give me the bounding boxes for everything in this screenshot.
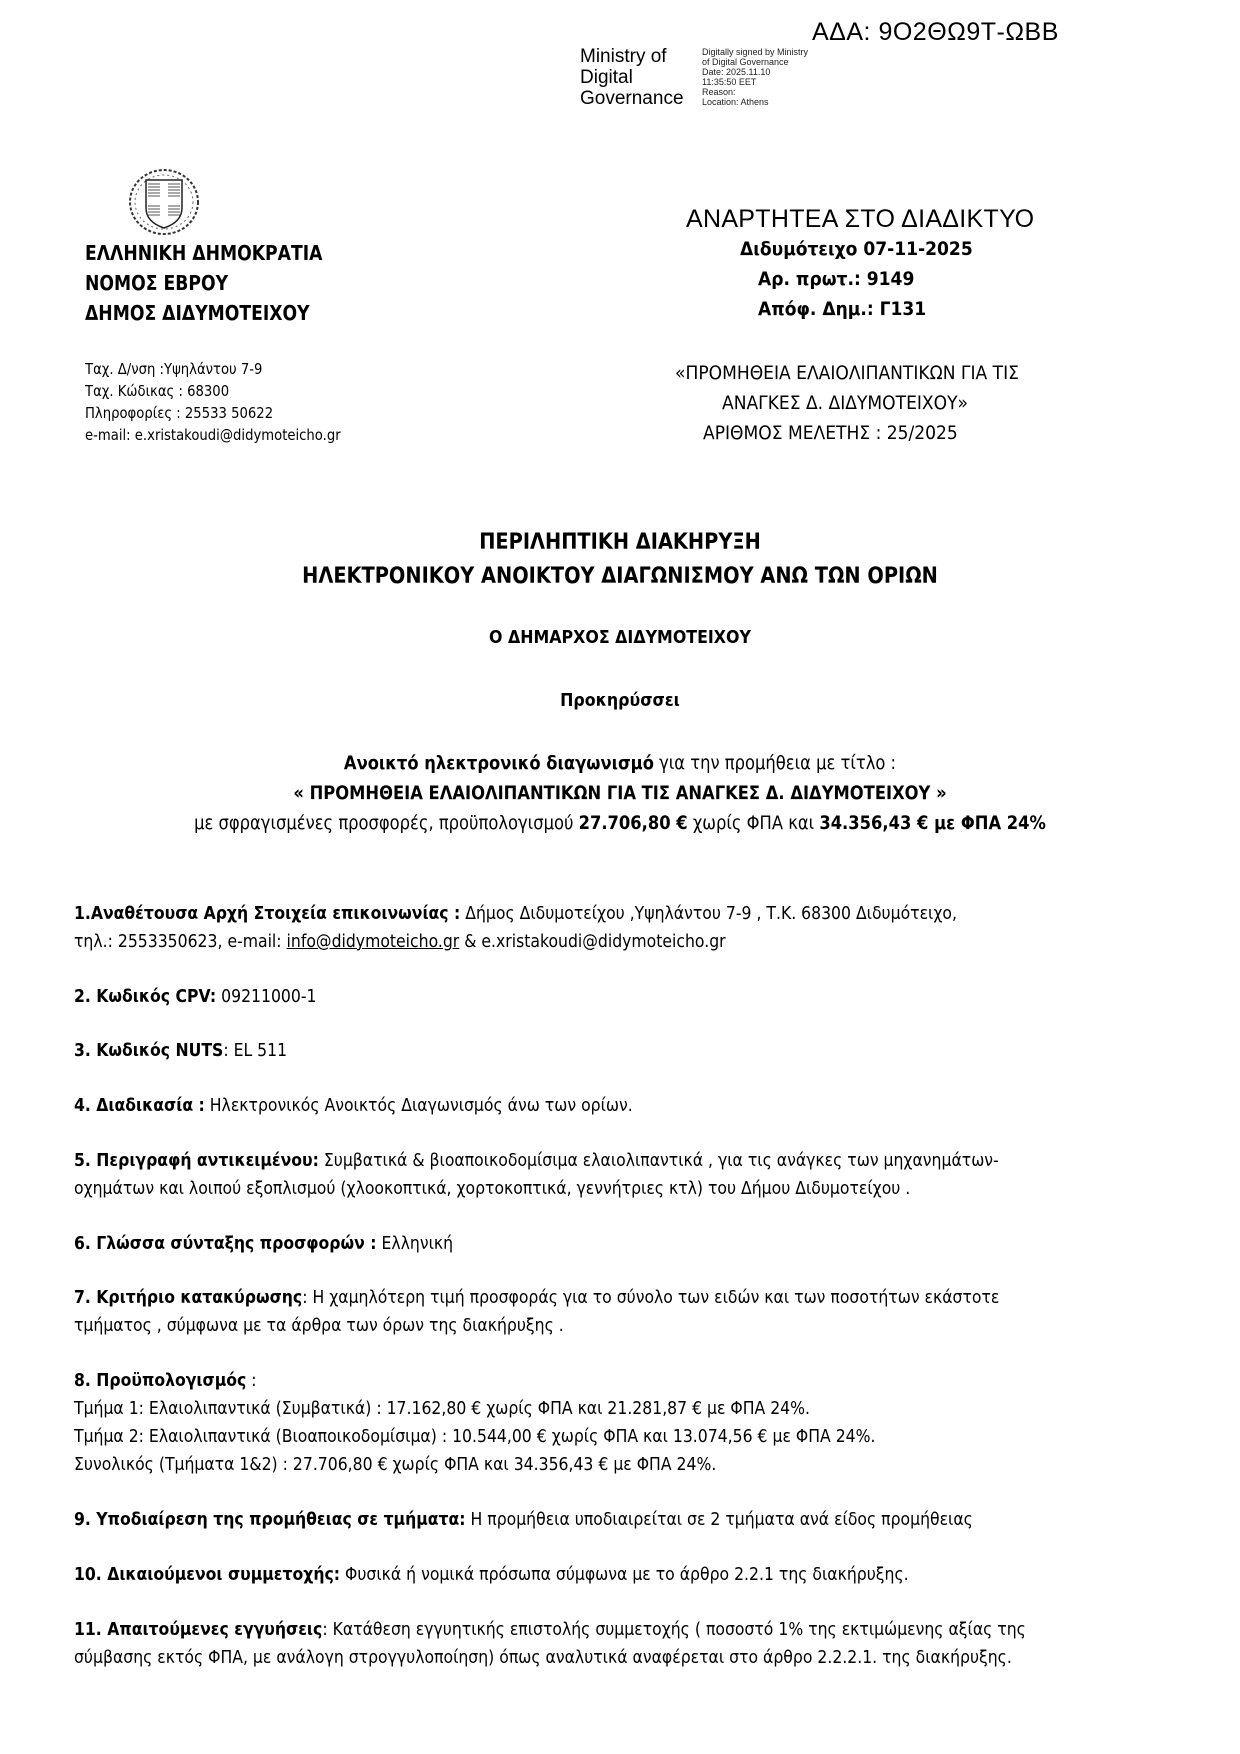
item-eligible: 10. Δικαιούμενοι συμμετοχής: Φυσικά ή νο… [74,1561,1179,1589]
item-label: 7. Κριτήριο κατακύρωσης [74,1287,302,1308]
signature-issuer: Ministry of Digital Governance [580,46,684,109]
signature-line: 11:35:50 EET [702,77,808,87]
study-title-line: «ΠΡΟΜΗΘΕΙΑ ΕΛΑΙΟΛΙΠΑΝΤΙΚΩΝ ΓΙΑ ΤΙΣ [675,358,1019,388]
budget-gross: 34.356,43 € με ΦΠΑ 24% [819,812,1046,834]
intro-text: για την προμήθεια με τίτλο : [654,752,896,774]
contact-postcode: Ταχ. Κώδικας : 68300 [85,380,341,402]
item-text: : EL 511 [223,1040,287,1061]
title-line: ΗΛΕΚΤΡΟΝΙΚΟΥ ΑΝΟΙΚΤΟΥ ΔΙΑΓΩΝΙΣΜΟΥ ΑΝΩ ΤΩ… [74,560,1165,594]
intro-bold: Ανοικτό ηλεκτρονικό διαγωνισμό [344,752,654,774]
item-text: Η προμήθεια υποδιαιρείται σε 2 τμήματα α… [466,1509,973,1530]
decision-number: Απόφ. Δημ.: Γ131 [758,298,926,320]
study-title-line: ΑΝΑΓΚΕΣ Δ. ΔΙΔΥΜΟΤΕΙΧΟΥ» [722,388,968,418]
item-text: & e.xristakoudi@didymoteicho.gr [459,931,725,952]
tender-title: « ΠΡΟΜΗΘΕΙΑ ΕΛΑΙΟΛΙΠΑΝΤΙΚΩΝ ΓΙΑ ΤΙΣ ΑΝΑΓ… [293,782,946,804]
document-title: ΠΕΡΙΛΗΠΤΙΚΗ ΔΙΑΚΗΡΥΞΗ ΗΛΕΚΤΡΟΝΙΚΟΥ ΑΝΟΙΚ… [74,526,1165,594]
signature-line: Date: 2025.11.10 [702,67,808,77]
item-budget: 8. Προϋπολογισμός : Τμήμα 1: Ελαιολιπαντ… [74,1367,1179,1479]
org-line: ΕΛΛΗΝΙΚΗ ΔΗΜΟΚΡΑΤΙΑ [85,238,322,268]
item-text: τηλ.: 2553350623, e-mail: [74,931,287,952]
budget-lot-1: Τμήμα 1: Ελαιολιπαντικά (Συμβατικά) : 17… [74,1395,1179,1423]
item-text: Δήμος Διδυμοτείχου ,Υψηλάντου 7-9 , Τ.Κ.… [460,903,957,924]
signature-line: of Digital Governance [702,57,808,67]
issuing-organization: ΕΛΛΗΝΙΚΗ ΔΗΜΟΚΡΑΤΙΑ ΝΟΜΟΣ ΕΒΡΟΥ ΔΗΜΟΣ ΔΙ… [85,238,322,328]
item-text: Συμβατικά & βιοαποικοδομίσιμα ελαιολιπαν… [319,1150,999,1171]
issuer-line: Governance [580,88,684,109]
item-label: 8. Προϋπολογισμός [74,1370,246,1391]
title-line: ΠΕΡΙΛΗΠΤΙΚΗ ΔΙΑΚΗΡΥΞΗ [74,526,1165,560]
digital-signature-details: Digitally signed by Ministry of Digital … [702,47,808,107]
budget-total: Συνολικός (Τμήματα 1&2) : 27.706,80 € χω… [74,1451,1179,1479]
item-label: 6. Γλώσσα σύνταξης προσφορών : [74,1233,376,1254]
posting-note: ΑΝΑΡΤΗΤΕΑ ΣΤΟ ΔΙΑΔΙΚΤΥΟ [686,205,1034,234]
contact-email: e-mail: e.xristakoudi@didymoteicho.gr [85,424,341,446]
item-text: : [246,1370,256,1391]
intro-text: με σφραγισμένες προσφορές, προϋπολογισμο… [194,812,579,834]
item-procedure: 4. Διαδικασία : Ηλεκτρονικός Ανοικτός Δι… [74,1092,1179,1120]
contact-block: Ταχ. Δ/νση :Υψηλάντου 7-9 Ταχ. Κώδικας :… [85,358,341,446]
budget-net: 27.706,80 € [579,812,688,834]
budget-lot-2: Τμήμα 2: Ελαιολιπαντικά (Βιοαποικοδομίσι… [74,1423,1179,1451]
contact-phone: Πληροφορίες : 25533 50622 [85,402,341,424]
org-line: ΔΗΜΟΣ ΔΙΔΥΜΟΤΕΙΧΟΥ [85,298,322,328]
intro-text: χωρίς ΦΠΑ και [688,812,820,834]
item-text: Ελληνική [376,1233,453,1254]
item-label: 9. Υποδιαίρεση της προμήθειας σε τμήματα… [74,1509,466,1530]
signature-line: Reason: [702,87,808,97]
item-lots: 9. Υποδιαίρεση της προμήθειας σε τμήματα… [74,1506,1179,1534]
item-text: 09211000-1 [216,986,316,1007]
document-date: Διδυμότειχο 07-11-2025 [740,238,973,260]
protocol-number: Αρ. πρωτ.: 9149 [758,268,914,290]
item-text: : Η χαμηλότερη τιμή προσφοράς για το σύν… [302,1287,999,1308]
item-label: 5. Περιγραφή αντικειμένου: [74,1150,319,1171]
item-text: Ηλεκτρονικός Ανοικτός Διαγωνισμός άνω τω… [205,1095,633,1116]
email-link[interactable]: info@didymoteicho.gr [287,931,460,952]
mayor-heading: Ο ΔΗΜΑΡΧΟΣ ΔΙΔΥΜΟΤΕΙΧΟΥ [74,627,1165,648]
intro-paragraph: Ανοικτό ηλεκτρονικό διαγωνισμό για την π… [87,748,1153,838]
item-text: οχημάτων και λοιπού εξοπλισμού (χλοοκοπτ… [74,1175,1179,1203]
study-number: ΑΡΙΘΜΟΣ ΜΕΛΕΤΗΣ : 25/2025 [703,418,958,448]
item-text: σύμβασης εκτός ΦΠΑ, με ανάλογη στρογγυλο… [74,1644,1179,1672]
signature-line: Digitally signed by Ministry [702,47,808,57]
item-contracting-authority: 1.Αναθέτουσα Αρχή Στοιχεία επικοινωνίας … [74,900,1179,956]
proclaims-heading: Προκηρύσσει [74,690,1165,711]
greek-coat-of-arms-icon [126,166,202,238]
item-label: 3. Κωδικός NUTS [74,1040,223,1061]
item-guarantees: 11. Απαιτούμενες εγγυήσεις: Κατάθεση εγγ… [74,1616,1179,1672]
item-text: τμήματος , σύμφωνα με τα άρθρα των όρων … [74,1312,1179,1340]
item-language: 6. Γλώσσα σύνταξης προσφορών : Ελληνική [74,1230,1179,1258]
item-label: 10. Δικαιούμενοι συμμετοχής: [74,1564,340,1585]
item-label: 1.Αναθέτουσα Αρχή Στοιχεία επικοινωνίας … [74,903,460,924]
issuer-line: Ministry of [580,46,684,67]
ada-code: ΑΔΑ: 9Ο2ΘΩ9Τ-ΩΒΒ [812,18,1059,47]
item-label: 4. Διαδικασία : [74,1095,205,1116]
item-nuts: 3. Κωδικός NUTS: EL 511 [74,1037,1179,1065]
contact-address: Ταχ. Δ/νση :Υψηλάντου 7-9 [85,358,341,380]
item-text: Φυσικά ή νομικά πρόσωπα σύμφωνα με το άρ… [340,1564,909,1585]
item-description: 5. Περιγραφή αντικειμένου: Συμβατικά & β… [74,1147,1179,1203]
item-cpv: 2. Κωδικός CPV: 09211000-1 [74,983,1179,1011]
signature-line: Location: Athens [702,97,808,107]
item-label: 11. Απαιτούμενες εγγυήσεις [74,1619,322,1640]
org-line: ΝΟΜΟΣ ΕΒΡΟΥ [85,268,322,298]
issuer-line: Digital [580,67,684,88]
item-award-criterion: 7. Κριτήριο κατακύρωσης: Η χαμηλότερη τι… [74,1284,1179,1340]
item-text: : Κατάθεση εγγυητικής επιστολής συμμετοχ… [322,1619,1026,1640]
item-label: 2. Κωδικός CPV: [74,986,216,1007]
